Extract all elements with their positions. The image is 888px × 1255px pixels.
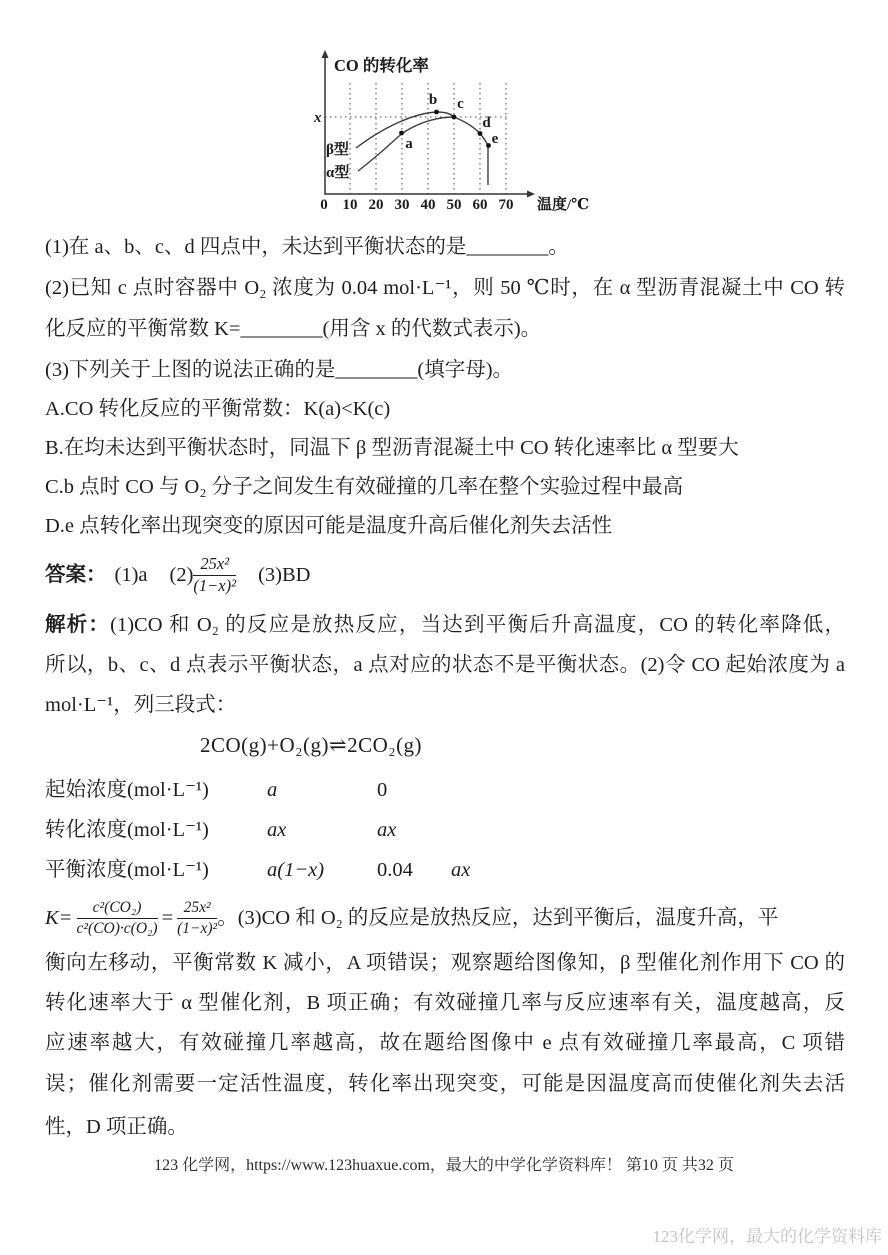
- svg-text:20: 20: [369, 197, 384, 213]
- document-page: a b c d e β型 α型 CO 的转化率 x 0 10 20 30 40 …: [0, 0, 888, 1255]
- equals-sign: =: [162, 903, 174, 933]
- answer-label: 答案：: [45, 560, 107, 590]
- option-b: B.在均未达到平衡状态时，同温下 β 型沥青混凝土中 CO 转化速率比 α 型要…: [45, 433, 845, 463]
- answer-3: (3)BD: [258, 560, 310, 590]
- point-a-dot: [399, 131, 404, 136]
- chart-title: CO 的转化率: [334, 55, 429, 75]
- x-tick-labels: 0 10 20 30 40 50 60 70: [320, 197, 513, 213]
- question-3: (3)下列关于上图的说法正确的是________(填字母)。: [45, 355, 845, 385]
- y-axis-arrow: [322, 50, 329, 58]
- k-equation-line: K= c²(CO₂) c²(CO)·c(O₂) = 25x² (1−x)² 。 …: [45, 890, 845, 946]
- point-b-dot: [434, 110, 439, 115]
- k-fraction-2: 25x² (1−x)²: [177, 899, 217, 938]
- beta-curve-label: β型: [326, 140, 349, 158]
- point-d-label: d: [482, 115, 491, 131]
- ice-table-row-change: 转化浓度(mol·L⁻¹)axax: [45, 815, 845, 845]
- answer-1: (1)a: [115, 560, 148, 590]
- answer-2-prefix: (2): [170, 560, 194, 590]
- question-2-line-2: 化反应的平衡常数 K=________(用含 x 的代数式表示)。: [45, 314, 845, 344]
- svg-text:40: 40: [421, 197, 436, 213]
- explain-line-3: mol·L⁻¹，列三段式：: [45, 690, 845, 720]
- question-1: (1)在 a、b、c、d 四点中，未达到平衡状态的是________。: [45, 232, 845, 262]
- page-footer: 123 化学网，https://www.123huaxue.com，最大的中学化…: [0, 1152, 888, 1175]
- period: 。: [217, 903, 238, 933]
- point-c-label: c: [457, 96, 464, 112]
- axes: [325, 56, 529, 194]
- explain-line-6: 应速率越大，有效碰撞几率越高，故在题给图像中 e 点有效碰撞几率最高，C 项错: [45, 1028, 845, 1058]
- point-e-label: e: [492, 131, 499, 147]
- answer-line: 答案： (1)a (2) 25x² (1−x)² (3)BD: [45, 548, 845, 602]
- option-c: C.b 点时 CO 与 O₂ 分子之间发生有效碰撞的几率在整个实验过程中最高: [45, 472, 845, 502]
- ice-table-row-initial: 起始浓度(mol·L⁻¹)a0: [45, 775, 845, 805]
- k-symbol: K=: [45, 903, 73, 933]
- point-c-dot: [452, 115, 457, 120]
- explain-line-8: 性，D 项正确。: [45, 1112, 845, 1142]
- question-2-line-1: (2)已知 c 点时容器中 O₂ 浓度为 0.04 mol·L⁻¹，则 50 ℃…: [45, 273, 845, 303]
- explain-line-4: 衡向左移动，平衡常数 K 减小，A 项错误；观察题给图像知，β 型催化剂作用下 …: [45, 948, 845, 978]
- chart-svg: a b c d e β型 α型 CO 的转化率 x 0 10 20 30 40 …: [313, 46, 605, 224]
- svg-text:60: 60: [473, 197, 488, 213]
- explain-line-7: 误；催化剂需要一定活性温度，转化率出现突变，可能是因温度高而使催化剂失去活: [45, 1069, 845, 1099]
- point-b-label: b: [429, 92, 437, 108]
- svg-text:0: 0: [320, 197, 328, 213]
- watermark: 123化学网，最大的化学资料库: [653, 1222, 883, 1247]
- co-conversion-chart: a b c d e β型 α型 CO 的转化率 x 0 10 20 30 40 …: [313, 46, 605, 224]
- reaction-equation: 2CO(g)+O₂(g)⇌2CO₂(g): [45, 730, 888, 760]
- explain-line-1: 解析：(1)CO 和 O₂ 的反应是放热反应，当达到平衡后升高温度，CO 的转化…: [45, 610, 845, 640]
- ice-table-row-equilibrium: 平衡浓度(mol·L⁻¹)a(1−x)0.04ax: [45, 855, 845, 885]
- answer-2-fraction: 25x² (1−x)²: [193, 555, 236, 596]
- explain-label: 解析：: [45, 614, 110, 636]
- option-a: A.CO 转化反应的平衡常数：K(a)<K(c): [45, 394, 845, 424]
- explain-line-2: 所以，b、c、d 点表示平衡状态，a 点对应的状态不是平衡状态。(2)令 CO …: [45, 650, 845, 680]
- alpha-curve-label: α型: [326, 163, 349, 181]
- k-fraction-1: c²(CO₂) c²(CO)·c(O₂): [77, 899, 158, 938]
- svg-text:30: 30: [395, 197, 410, 213]
- explain-after-k: (3)CO 和 O₂ 的反应是放热反应，达到平衡后，温度升高，平: [238, 903, 779, 933]
- point-a-label: a: [405, 136, 413, 152]
- x-axis-arrow: [527, 191, 535, 198]
- x-axis-label: 温度/℃: [537, 195, 589, 213]
- y-reference-label: x: [313, 110, 322, 126]
- svg-text:50: 50: [447, 197, 462, 213]
- option-d: D.e 点转化率出现突变的原因可能是温度升高后催化剂失去活性: [45, 511, 845, 541]
- explain-line-5: 转化速率大于 α 型催化剂，B 项正确；有效碰撞几率与反应速率有关，温度越高，反: [45, 988, 845, 1018]
- svg-text:10: 10: [343, 197, 358, 213]
- svg-text:70: 70: [499, 197, 514, 213]
- point-e-dot: [486, 143, 491, 148]
- point-d-dot: [478, 131, 483, 136]
